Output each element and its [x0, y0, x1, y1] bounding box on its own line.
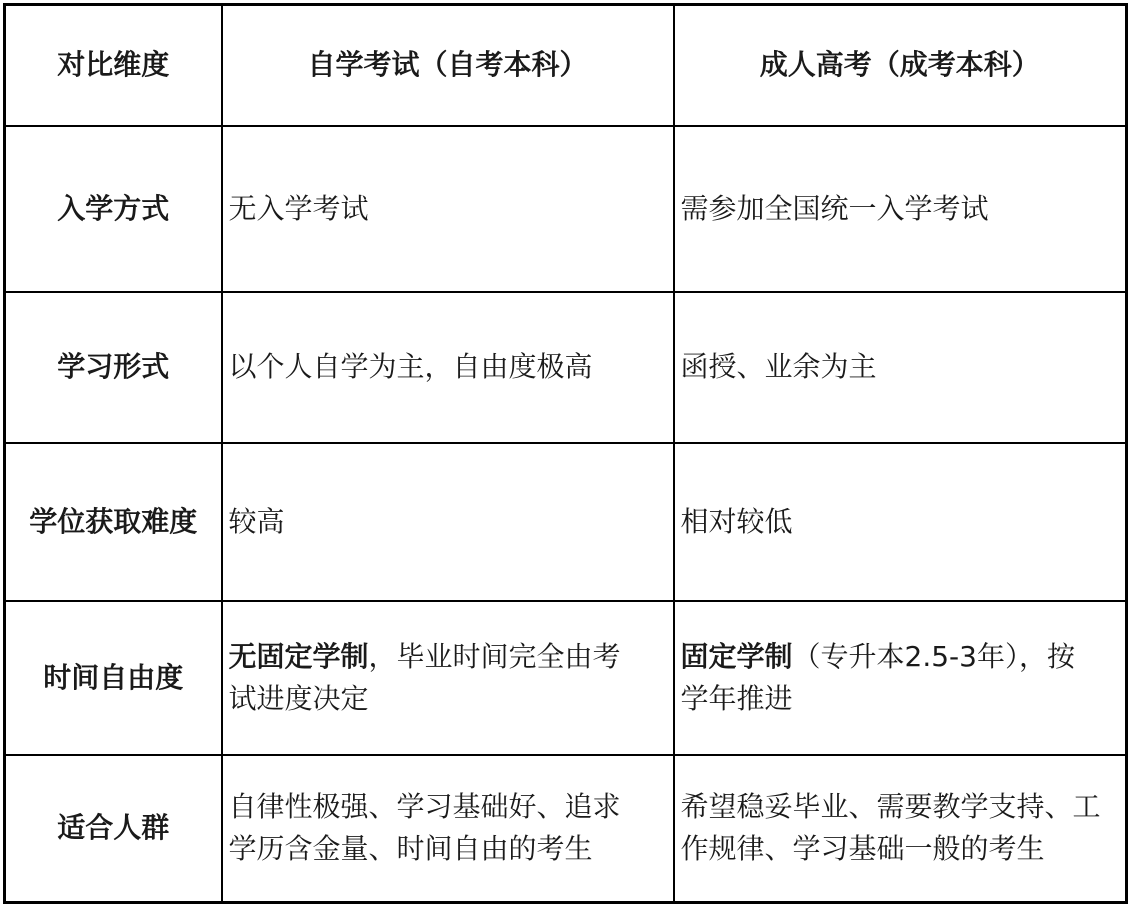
cell-self-study-exam: 较高 [222, 443, 674, 601]
header-dimension: 对比维度 [5, 5, 222, 126]
row-label: 时间自由度 [5, 601, 222, 755]
text: 较高 [229, 505, 285, 538]
comparison-table-body: 入学方式无入学考试需参加全国统一入学考试学习形式以个人自学为主，自由度极高函授、… [5, 126, 1127, 903]
table-row: 时间自由度无固定学制，毕业时间完全由考 试进度决定固定学制（专升本2.5-3年）… [5, 601, 1127, 755]
table-row: 学习形式以个人自学为主，自由度极高函授、业余为主 [5, 292, 1127, 443]
text: 需参加全国统一入学考试 [681, 192, 989, 225]
text: 以个人自学为主，自由度极高 [229, 350, 593, 383]
row-label: 适合人群 [5, 755, 222, 903]
row-label: 学位获取难度 [5, 443, 222, 601]
row-label: 入学方式 [5, 126, 222, 292]
text: 函授、业余为主 [681, 350, 877, 383]
row-label: 学习形式 [5, 292, 222, 443]
cell-self-study-exam: 无固定学制，毕业时间完全由考 试进度决定 [222, 601, 674, 755]
page: 对比维度 自学考试（自考本科） 成人高考（成考本科） 入学方式无入学考试需参加全… [0, 0, 1128, 906]
header-adult-gaokao: 成人高考（成考本科） [674, 5, 1127, 126]
header-self-study-exam: 自学考试（自考本科） [222, 5, 674, 126]
cell-adult-gaokao: 函授、业余为主 [674, 292, 1127, 443]
table-header: 对比维度 自学考试（自考本科） 成人高考（成考本科） [5, 5, 1127, 126]
text: 自律性极强、学习基础好、追求 学历含金量、时间自由的考生 [229, 790, 621, 865]
cell-self-study-exam: 以个人自学为主，自由度极高 [222, 292, 674, 443]
text: 无入学考试 [229, 192, 369, 225]
comparison-table: 对比维度 自学考试（自考本科） 成人高考（成考本科） 入学方式无入学考试需参加全… [3, 3, 1128, 904]
header-row: 对比维度 自学考试（自考本科） 成人高考（成考本科） [5, 5, 1127, 126]
cell-adult-gaokao: 希望稳妥毕业、需要教学支持、工 作规律、学习基础一般的考生 [674, 755, 1127, 903]
table-row: 学位获取难度较高相对较低 [5, 443, 1127, 601]
cell-adult-gaokao: 相对较低 [674, 443, 1127, 601]
cell-self-study-exam: 无入学考试 [222, 126, 674, 292]
cell-self-study-exam: 自律性极强、学习基础好、追求 学历含金量、时间自由的考生 [222, 755, 674, 903]
text: 希望稳妥毕业、需要教学支持、工 作规律、学习基础一般的考生 [681, 790, 1101, 865]
table-row: 入学方式无入学考试需参加全国统一入学考试 [5, 126, 1127, 292]
text: 相对较低 [681, 505, 793, 538]
bold-text: 无固定学制 [229, 640, 369, 673]
bold-text: 固定学制 [681, 640, 793, 673]
cell-adult-gaokao: 固定学制（专升本2.5-3年），按 学年推进 [674, 601, 1127, 755]
cell-adult-gaokao: 需参加全国统一入学考试 [674, 126, 1127, 292]
table-row: 适合人群自律性极强、学习基础好、追求 学历含金量、时间自由的考生希望稳妥毕业、需… [5, 755, 1127, 903]
